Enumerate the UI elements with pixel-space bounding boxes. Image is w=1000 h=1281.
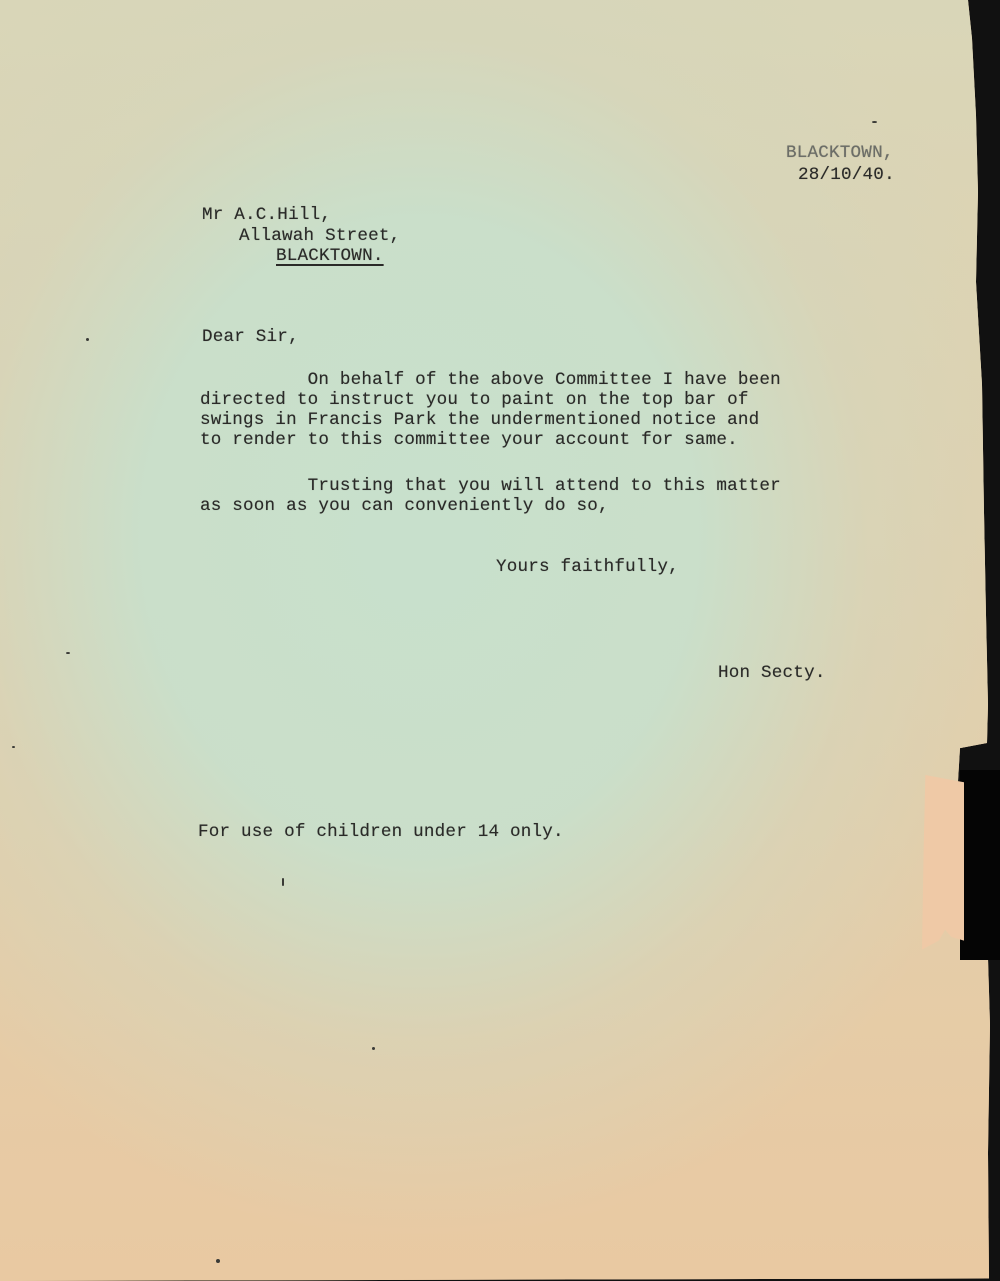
signature-title: Hon Secty. [718,663,826,683]
paragraph-line: On behalf of the above Committee I have … [200,370,781,390]
notice-text: For use of children under 14 only. [198,822,564,842]
paper-speck [216,1259,220,1263]
paper-speck [12,746,15,748]
paper-speck [282,878,284,886]
letter-place: BLACKTOWN, [786,143,894,163]
salutation: Dear Sir, [202,327,299,347]
paragraph-line: swings in Francis Park the undermentione… [200,410,759,430]
paragraph-line: to render to this committee your account… [200,430,738,450]
paragraph-line: Trusting that you will attend to this ma… [200,476,781,496]
paper-speck [66,652,70,654]
recipient-town: BLACKTOWN. [276,246,384,266]
tape-repair-strip [922,775,964,955]
paper-speck [372,1047,375,1050]
paper-speck [872,121,877,123]
letter-paper [0,0,1000,1281]
paper-speck [86,338,89,341]
letter-date: 28/10/40. [798,165,895,185]
paragraph-line: directed to instruct you to paint on the… [200,390,749,410]
paragraph-line: as soon as you can conveniently do so, [200,496,609,516]
closing-phrase: Yours faithfully, [496,557,679,577]
recipient-name: Mr A.C.Hill, [202,205,331,225]
recipient-street: Allawah Street, [239,226,400,246]
scan-background-gap [960,770,1000,960]
